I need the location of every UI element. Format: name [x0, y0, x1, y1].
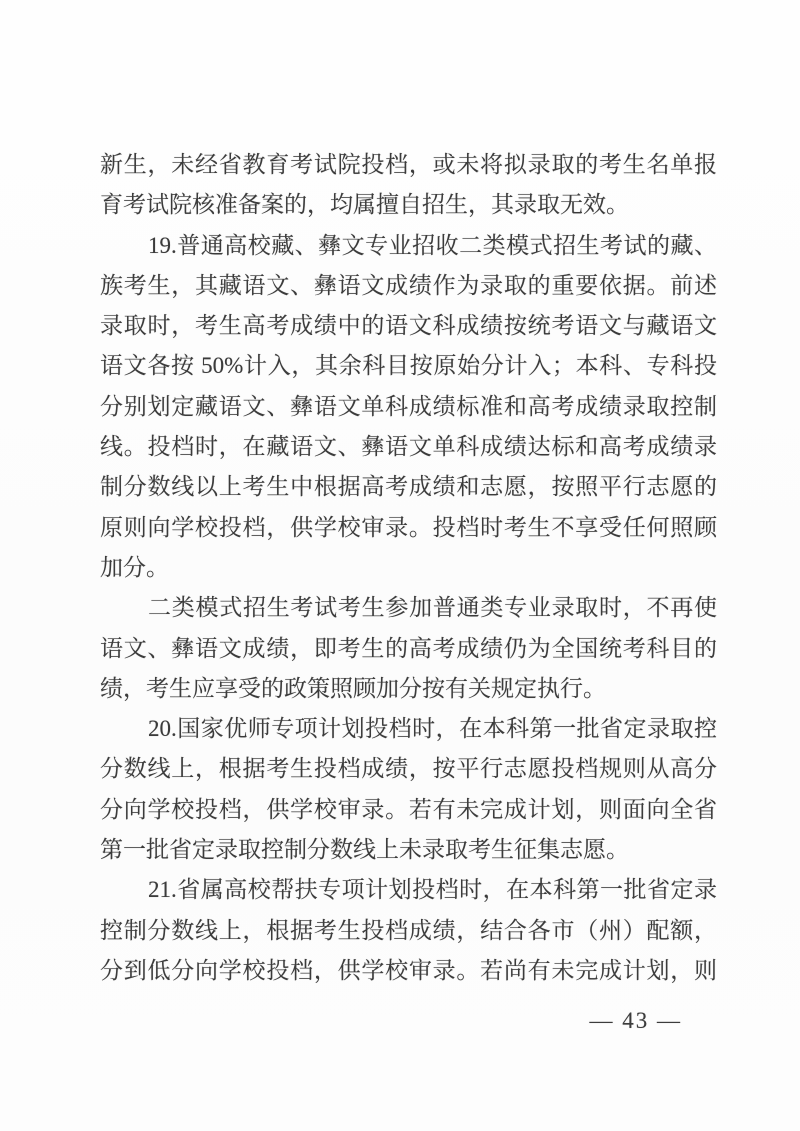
text-line: 分到低分向学校投档，供学校审录。若尚有未完成计划，则面向 [100, 951, 717, 991]
text-line: 二类模式招生考试考生参加普通类专业录取时，不再使用藏 [100, 588, 717, 628]
text-line: 族考生，其藏语文、彝语文成绩作为录取的重要依据。前述专业 [100, 266, 717, 306]
text-line: 语文、彝语文成绩，即考生的高考成绩仍为全国统考科目的总成 [100, 629, 717, 669]
text-line: 分别划定藏语文、彝语文单科成绩标准和高考成绩录取控制分数 [100, 387, 717, 427]
text-line: 19.普通高校藏、彝文专业招收二类模式招生考试的藏、彝 [100, 226, 717, 266]
text-line: 录取时，考生高考成绩中的语文科成绩按统考语文与藏语文或彝 [100, 306, 717, 346]
text-line: 原则向学校投档，供学校审录。投档时考生不享受任何照顾政策 [100, 508, 717, 548]
page-number: — 43 — [590, 1008, 683, 1034]
text-line: 分数线上，根据考生投档成绩，按平行志愿投档规则从高分到低 [100, 749, 717, 789]
text-line: 育考试院核准备案的，均属擅自招生，其录取无效。 [100, 185, 717, 225]
text-line: 制分数线以上考生中根据高考成绩和志愿，按照平行志愿的投档 [100, 467, 717, 507]
text-line: 绩，考生应享受的政策照顾加分按有关规定执行。 [100, 669, 717, 709]
text-line: 语文各按 50%计入，其余科目按原始分计入；本科、专科投档前， [100, 346, 717, 386]
text-line: 20.国家优师专项计划投档时，在本科第一批省定录取控制 [100, 709, 717, 749]
text-line: 加分。 [100, 548, 717, 588]
text-line: 线。投档时，在藏语文、彝语文单科成绩达标和高考成绩录取控 [100, 427, 717, 467]
text-line: 21.省属高校帮扶专项计划投档时，在本科第一批省定录取 [100, 870, 717, 910]
text-line: 第一批省定录取控制分数线上未录取考生征集志愿。 [100, 830, 717, 870]
body-text: 新生，未经省教育考试院投档，或未将拟录取的考生名单报省教育考试院核准备案的，均属… [100, 145, 717, 991]
text-line: 分向学校投档，供学校审录。若有未完成计划，则面向全省本科 [100, 790, 717, 830]
text-line: 新生，未经省教育考试院投档，或未将拟录取的考生名单报省教 [100, 145, 717, 185]
document-page: 新生，未经省教育考试院投档，或未将拟录取的考生名单报省教育考试院核准备案的，均属… [0, 0, 800, 1131]
text-line: 控制分数线上，根据考生投档成绩，结合各市（州）配额，从高 [100, 911, 717, 951]
